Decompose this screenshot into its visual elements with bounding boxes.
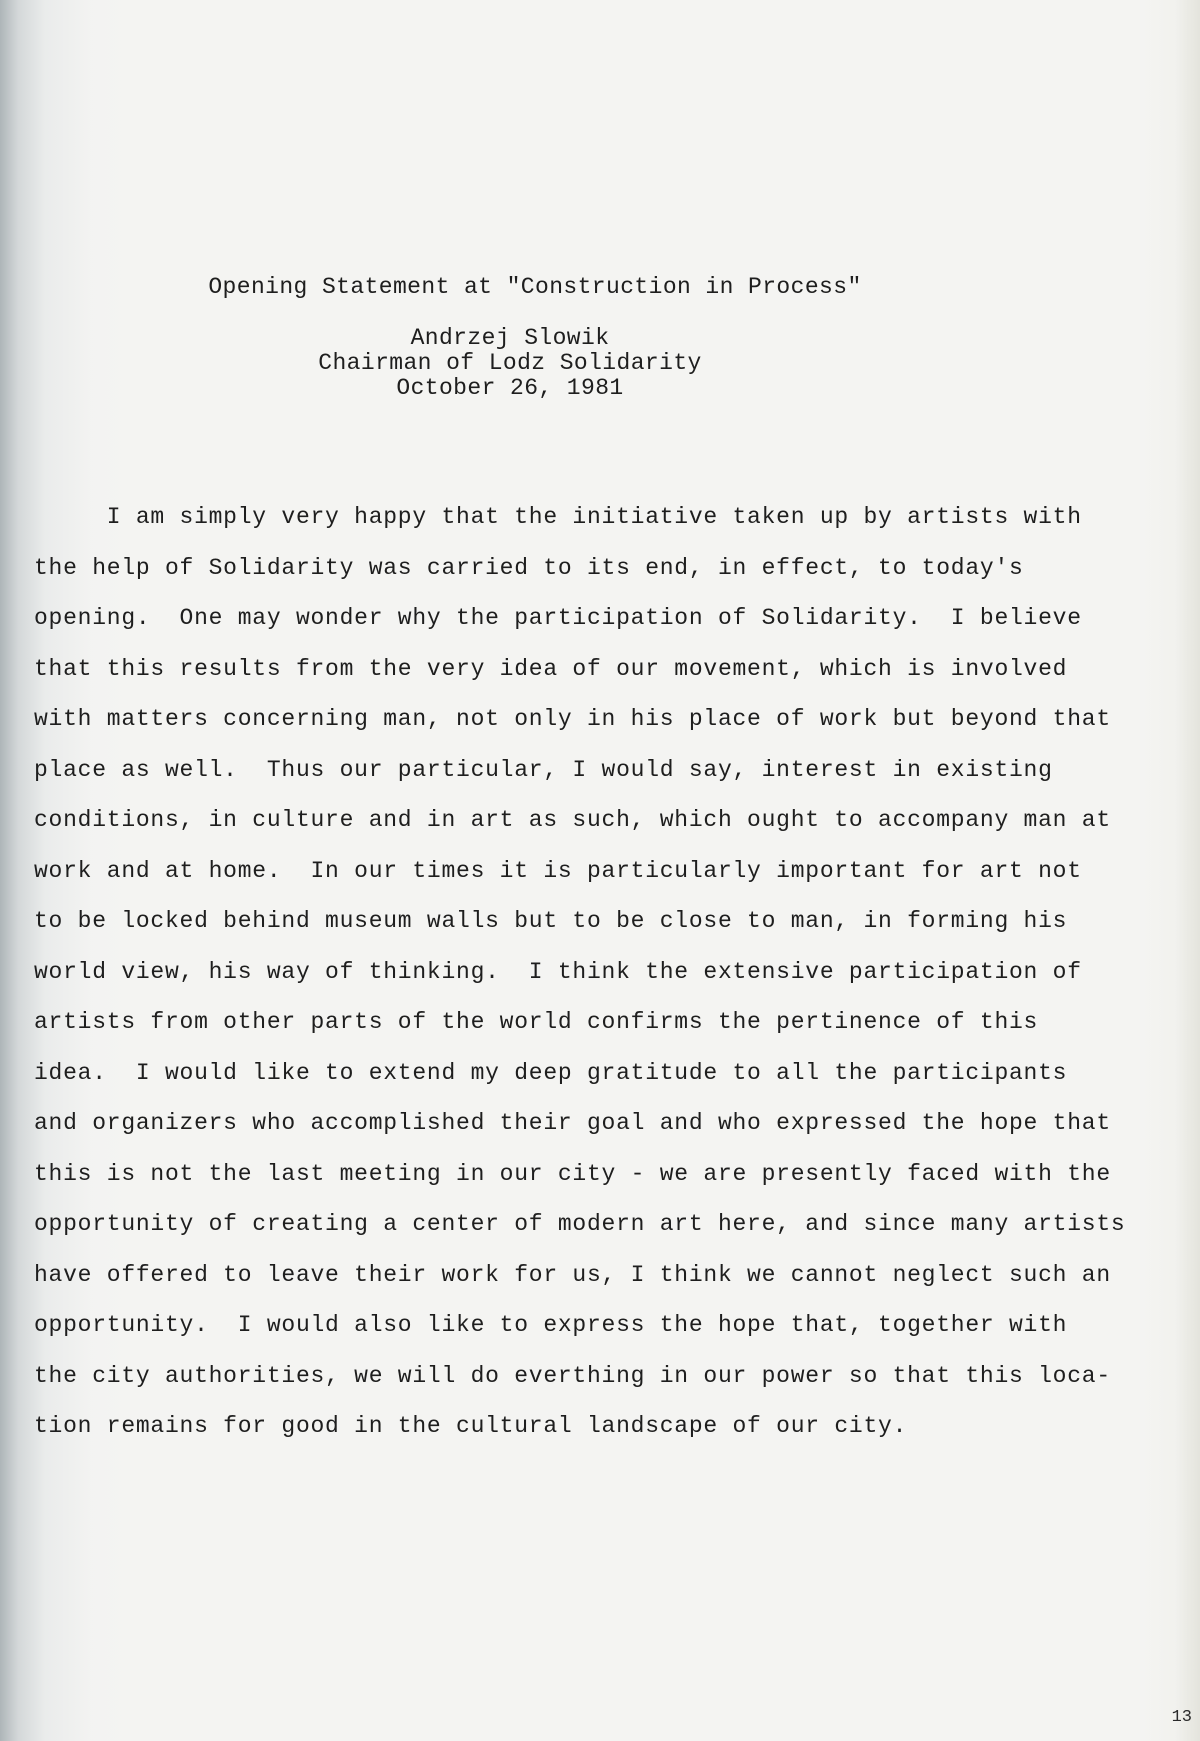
body-line: place as well. Thus our particular, I wo…	[34, 755, 1174, 806]
body-line: and organizers who accomplished their go…	[34, 1108, 1174, 1159]
body-line: the city authorities, we will do everthi…	[34, 1361, 1174, 1412]
body-line: artists from other parts of the world co…	[34, 1007, 1174, 1058]
body-line: opening. One may wonder why the particip…	[34, 603, 1174, 654]
page-number: 13	[1172, 1708, 1192, 1727]
author-name: Andrzej Slowik	[0, 326, 1020, 351]
document-page: Opening Statement at "Construction in Pr…	[0, 0, 1200, 1741]
body-line: idea. I would like to extend my deep gra…	[34, 1058, 1174, 1109]
body-line: opportunity. I would also like to expres…	[34, 1310, 1174, 1361]
statement-body: I am simply very happy that the initiati…	[34, 502, 1174, 1462]
body-line: tion remains for good in the cultural la…	[34, 1411, 1174, 1462]
body-line: to be locked behind museum walls but to …	[34, 906, 1174, 957]
body-line: opportunity of creating a center of mode…	[34, 1209, 1174, 1260]
byline: Andrzej Slowik Chairman of Lodz Solidari…	[0, 326, 1020, 401]
body-line: that this results from the very idea of …	[34, 654, 1174, 705]
body-line: conditions, in culture and in art as suc…	[34, 805, 1174, 856]
body-line: the help of Solidarity was carried to it…	[34, 553, 1174, 604]
statement-date: October 26, 1981	[0, 376, 1020, 401]
body-line: work and at home. In our times it is par…	[34, 856, 1174, 907]
body-line: have offered to leave their work for us,…	[34, 1260, 1174, 1311]
body-line: I am simply very happy that the initiati…	[34, 502, 1174, 553]
body-line: this is not the last meeting in our city…	[34, 1159, 1174, 1210]
author-role: Chairman of Lodz Solidarity	[0, 351, 1020, 376]
body-line: with matters concerning man, not only in…	[34, 704, 1174, 755]
document-title: Opening Statement at "Construction in Pr…	[0, 272, 1070, 302]
body-line: world view, his way of thinking. I think…	[34, 957, 1174, 1008]
